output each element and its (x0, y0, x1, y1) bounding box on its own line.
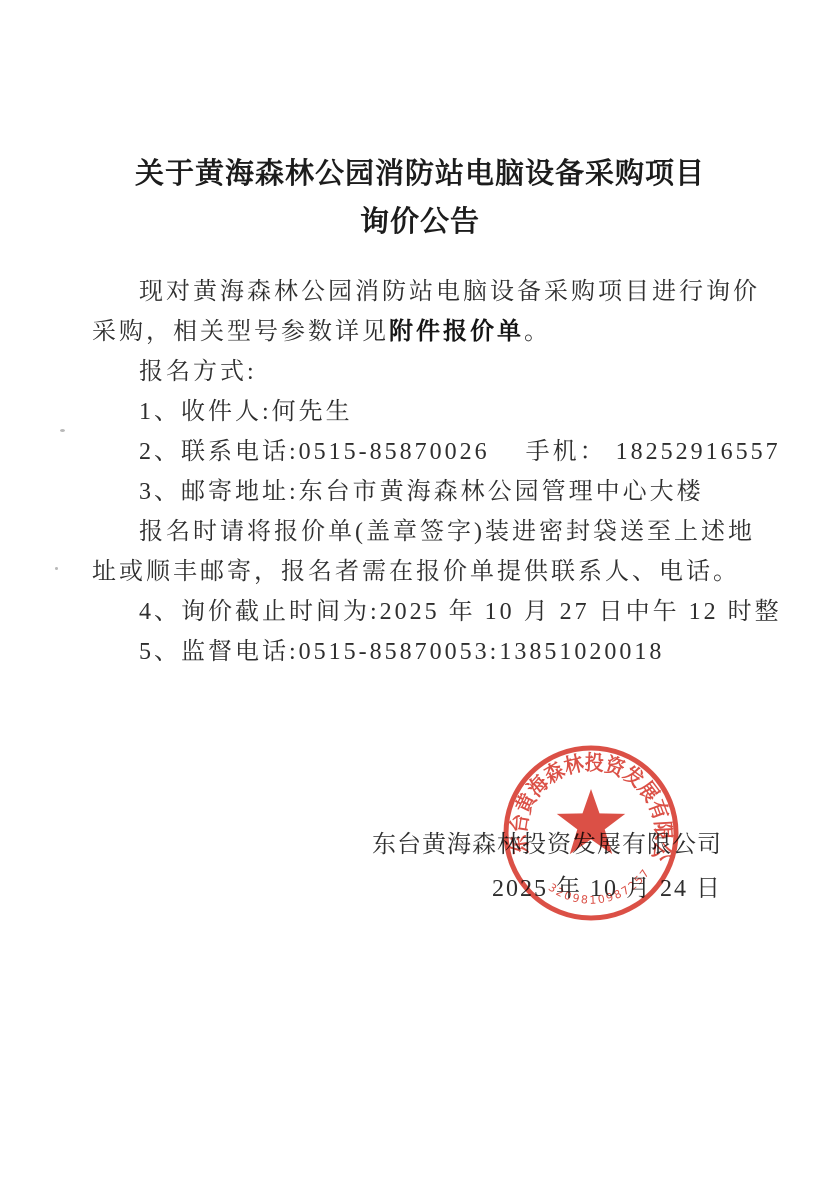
paragraph-1-line-1: 现对黄海森林公园消防站电脑设备采购项目进行询价 (92, 272, 748, 312)
document-body: 现对黄海森林公园消防站电脑设备采购项目进行询价 采购，相关型号参数详见附件报价单… (92, 272, 748, 672)
signature-block: 东台黄海森林投资发展有限公司 2025 年 10 月 24 日 (372, 830, 722, 904)
paragraph-2-line-2: 址或顺丰邮寄，报名者需在报价单提供联系人、电话。 (92, 552, 748, 592)
paragraph-2-line-1: 报名时请将报价单(盖章签字)装进密封袋送至上述地 (92, 512, 748, 552)
document-page: 关于黄海森林公园消防站电脑设备采购项目 询价公告 现对黄海森林公园消防站电脑设备… (0, 0, 840, 1187)
signature-date: 2025 年 10 月 24 日 (372, 874, 722, 904)
list-item-contact-phone: 2、联系电话:0515-85870026 手机： 18252916557 (92, 432, 748, 472)
p1l2-period: 。 (524, 319, 551, 345)
registration-method-label: 报名方式: (92, 352, 748, 392)
attachment-quote-sheet-bold-text: 附件报价单 (389, 319, 524, 345)
list-item-deadline: 4、询价截止时间为:2025 年 10 月 27 日中午 12 时整 (92, 592, 748, 632)
scan-artifact-speck (55, 567, 58, 570)
list-item-recipient: 1、收件人:何先生 (92, 392, 748, 432)
signature-company-name: 东台黄海森林投资发展有限公司 (372, 830, 722, 860)
p1l2-normal-text: 采购，相关型号参数详见 (92, 319, 389, 345)
title-line-1: 关于黄海森林公园消防站电脑设备采购项目 (0, 150, 840, 198)
scan-artifact-speck (60, 429, 65, 432)
paragraph-1-line-2: 采购，相关型号参数详见附件报价单。 (92, 312, 748, 352)
list-item-mailing-address: 3、邮寄地址:东台市黄海森林公园管理中心大楼 (92, 472, 748, 512)
list-item-supervision-phone: 5、监督电话:0515-85870053:13851020018 (92, 632, 748, 672)
document-title: 关于黄海森林公园消防站电脑设备采购项目 询价公告 (0, 150, 840, 246)
title-line-2: 询价公告 (0, 198, 840, 246)
